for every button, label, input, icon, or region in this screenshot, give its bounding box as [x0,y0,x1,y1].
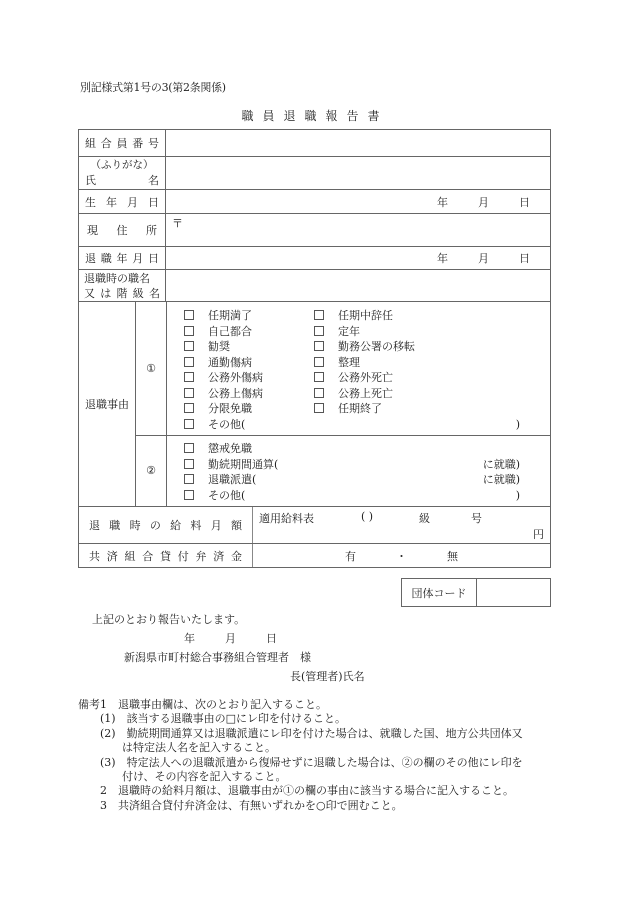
option-ninki-shuryo[interactable]: 任期終了 [314,401,382,417]
document-title: 職員退職報告書 [0,107,630,124]
report-form-table: 組合員番号 （ふりがな） 氏名 生年月日 年月日 現住所 〒 退職年月日 [78,129,551,568]
option-other-1[interactable]: その他() [184,417,550,433]
retirement-reason-label: 退職事由 [79,302,136,506]
postal-mark: 〒 [172,215,183,231]
option-teinen[interactable]: 定年 [314,324,360,340]
row-retirement-date: 退職年月日 年月日 [79,247,550,270]
option-ninki-manryo[interactable]: 任期満了 [184,309,252,322]
checkbox-icon[interactable] [184,310,194,320]
option-komugai-shibo[interactable]: 公務外死亡 [314,370,393,386]
checkbox-icon[interactable] [184,474,194,484]
member-number-field[interactable] [166,130,550,156]
option-kinzoku-tsusan[interactable]: 勤続期間通算(に就職) [184,457,550,473]
name-field[interactable] [166,157,550,189]
row-address: 現住所 〒 [79,214,550,247]
address-field[interactable]: 〒 [166,214,550,246]
option-other-2[interactable]: その他() [184,488,550,504]
salary-field[interactable]: 適用給料表 ( ) 級 号 円 [253,507,550,543]
remarks: 備考1 退職事由欄は、次のとおり記入すること。 (1) 該当する退職事由の□にレ… [78,698,523,813]
loan-field: 有 ・ 無 [253,544,550,567]
checkbox-icon[interactable] [184,443,194,453]
loan-yes-option[interactable]: 有 [345,548,356,564]
checkbox-icon[interactable] [314,326,324,336]
retirement-date-field[interactable]: 年月日 [166,247,550,269]
row-birth-date: 生年月日 年月日 [79,190,550,214]
declaration-statement: 上記のとおり報告いたします。 [92,611,245,627]
birth-date-label: 生年月日 [79,190,166,213]
option-bungen-menshoku[interactable]: 分限免職 [184,402,252,415]
option-kansho[interactable]: 勧奨 [184,340,230,353]
row-retirement-reason: 退職事由 ① 任期満了任期中辞任 自己都合定年 勧奨勤務公署の移転 通勤傷病整理… [79,302,550,507]
org-code-label: 団体コード [402,579,477,606]
checkbox-icon[interactable] [184,326,194,336]
form-reference: 別記様式第1号の3(第2条関係) [80,79,226,95]
checkbox-icon[interactable] [184,341,194,351]
checkbox-icon[interactable] [184,490,194,500]
option-taishoku-haken[interactable]: 退職派遣(に就職) [184,472,550,488]
retirement-date-label: 退職年月日 [79,247,166,269]
member-number-label: 組合員番号 [79,130,166,156]
group-1-options: 任期満了任期中辞任 自己都合定年 勧奨勤務公署の移転 通勤傷病整理 公務外傷病公… [184,308,550,432]
row-salary: 退職時の給料月額 適用給料表 ( ) 級 号 円 [79,507,550,544]
option-komujo-shobyo[interactable]: 公務上傷病 [184,387,263,400]
signer-label: 長(管理者)氏名 [290,668,365,684]
group-2-marker: ② [136,435,167,506]
name-label: （ふりがな） 氏名 [79,157,166,189]
option-seiri[interactable]: 整理 [314,355,360,371]
row-name: （ふりがな） 氏名 [79,157,550,190]
org-code-box: 団体コード [401,578,551,607]
option-kinmu-kosho-iten[interactable]: 勤務公署の移転 [314,339,415,355]
group-1-marker: ① [136,302,167,435]
reason-group-1: ① 任期満了任期中辞任 自己都合定年 勧奨勤務公署の移転 通勤傷病整理 公務外傷… [136,302,550,436]
salary-label: 退職時の給料月額 [79,507,253,543]
reason-group-2: ② 懲戒免職 勤続期間通算(に就職) 退職派遣(に就職) その他() [136,435,550,506]
option-ninki-chu-jinin[interactable]: 任期中辞任 [314,308,393,324]
row-position: 退職時の職名 又は階級名 [79,270,550,302]
checkbox-icon[interactable] [314,341,324,351]
checkbox-icon[interactable] [314,357,324,367]
row-loan: 共済組合貸付弁済金 有 ・ 無 [79,544,550,567]
checkbox-icon[interactable] [184,372,194,382]
checkbox-icon[interactable] [184,459,194,469]
declaration-date[interactable]: 年月日 [184,630,277,646]
checkbox-icon[interactable] [314,403,324,413]
checkbox-icon[interactable] [184,357,194,367]
option-tsukin-shobyo[interactable]: 通勤傷病 [184,356,252,369]
checkbox-icon[interactable] [184,388,194,398]
option-chokai-menshoku[interactable]: 懲戒免職 [184,441,550,457]
org-code-field[interactable] [477,579,550,606]
checkbox-icon[interactable] [184,403,194,413]
checkbox-icon[interactable] [314,388,324,398]
checkbox-icon[interactable] [314,310,324,320]
loan-no-option[interactable]: 無 [447,548,458,564]
row-member-number: 組合員番号 [79,130,550,157]
option-komujo-shibo[interactable]: 公務上死亡 [314,386,393,402]
address-label: 現住所 [79,214,166,246]
birth-date-field[interactable]: 年月日 [166,190,550,213]
option-jiko-tsugo[interactable]: 自己都合 [184,325,252,338]
position-label: 退職時の職名 又は階級名 [79,270,166,301]
position-field[interactable] [166,270,550,301]
option-komugai-shobyo[interactable]: 公務外傷病 [184,371,263,384]
addressee: 新潟県市町村総合事務組合管理者 様 [124,649,311,665]
checkbox-icon[interactable] [314,372,324,382]
loan-label: 共済組合貸付弁済金 [79,544,253,567]
group-2-options: 懲戒免職 勤続期間通算(に就職) 退職派遣(に就職) その他() [184,441,550,503]
checkbox-icon[interactable] [184,419,194,429]
